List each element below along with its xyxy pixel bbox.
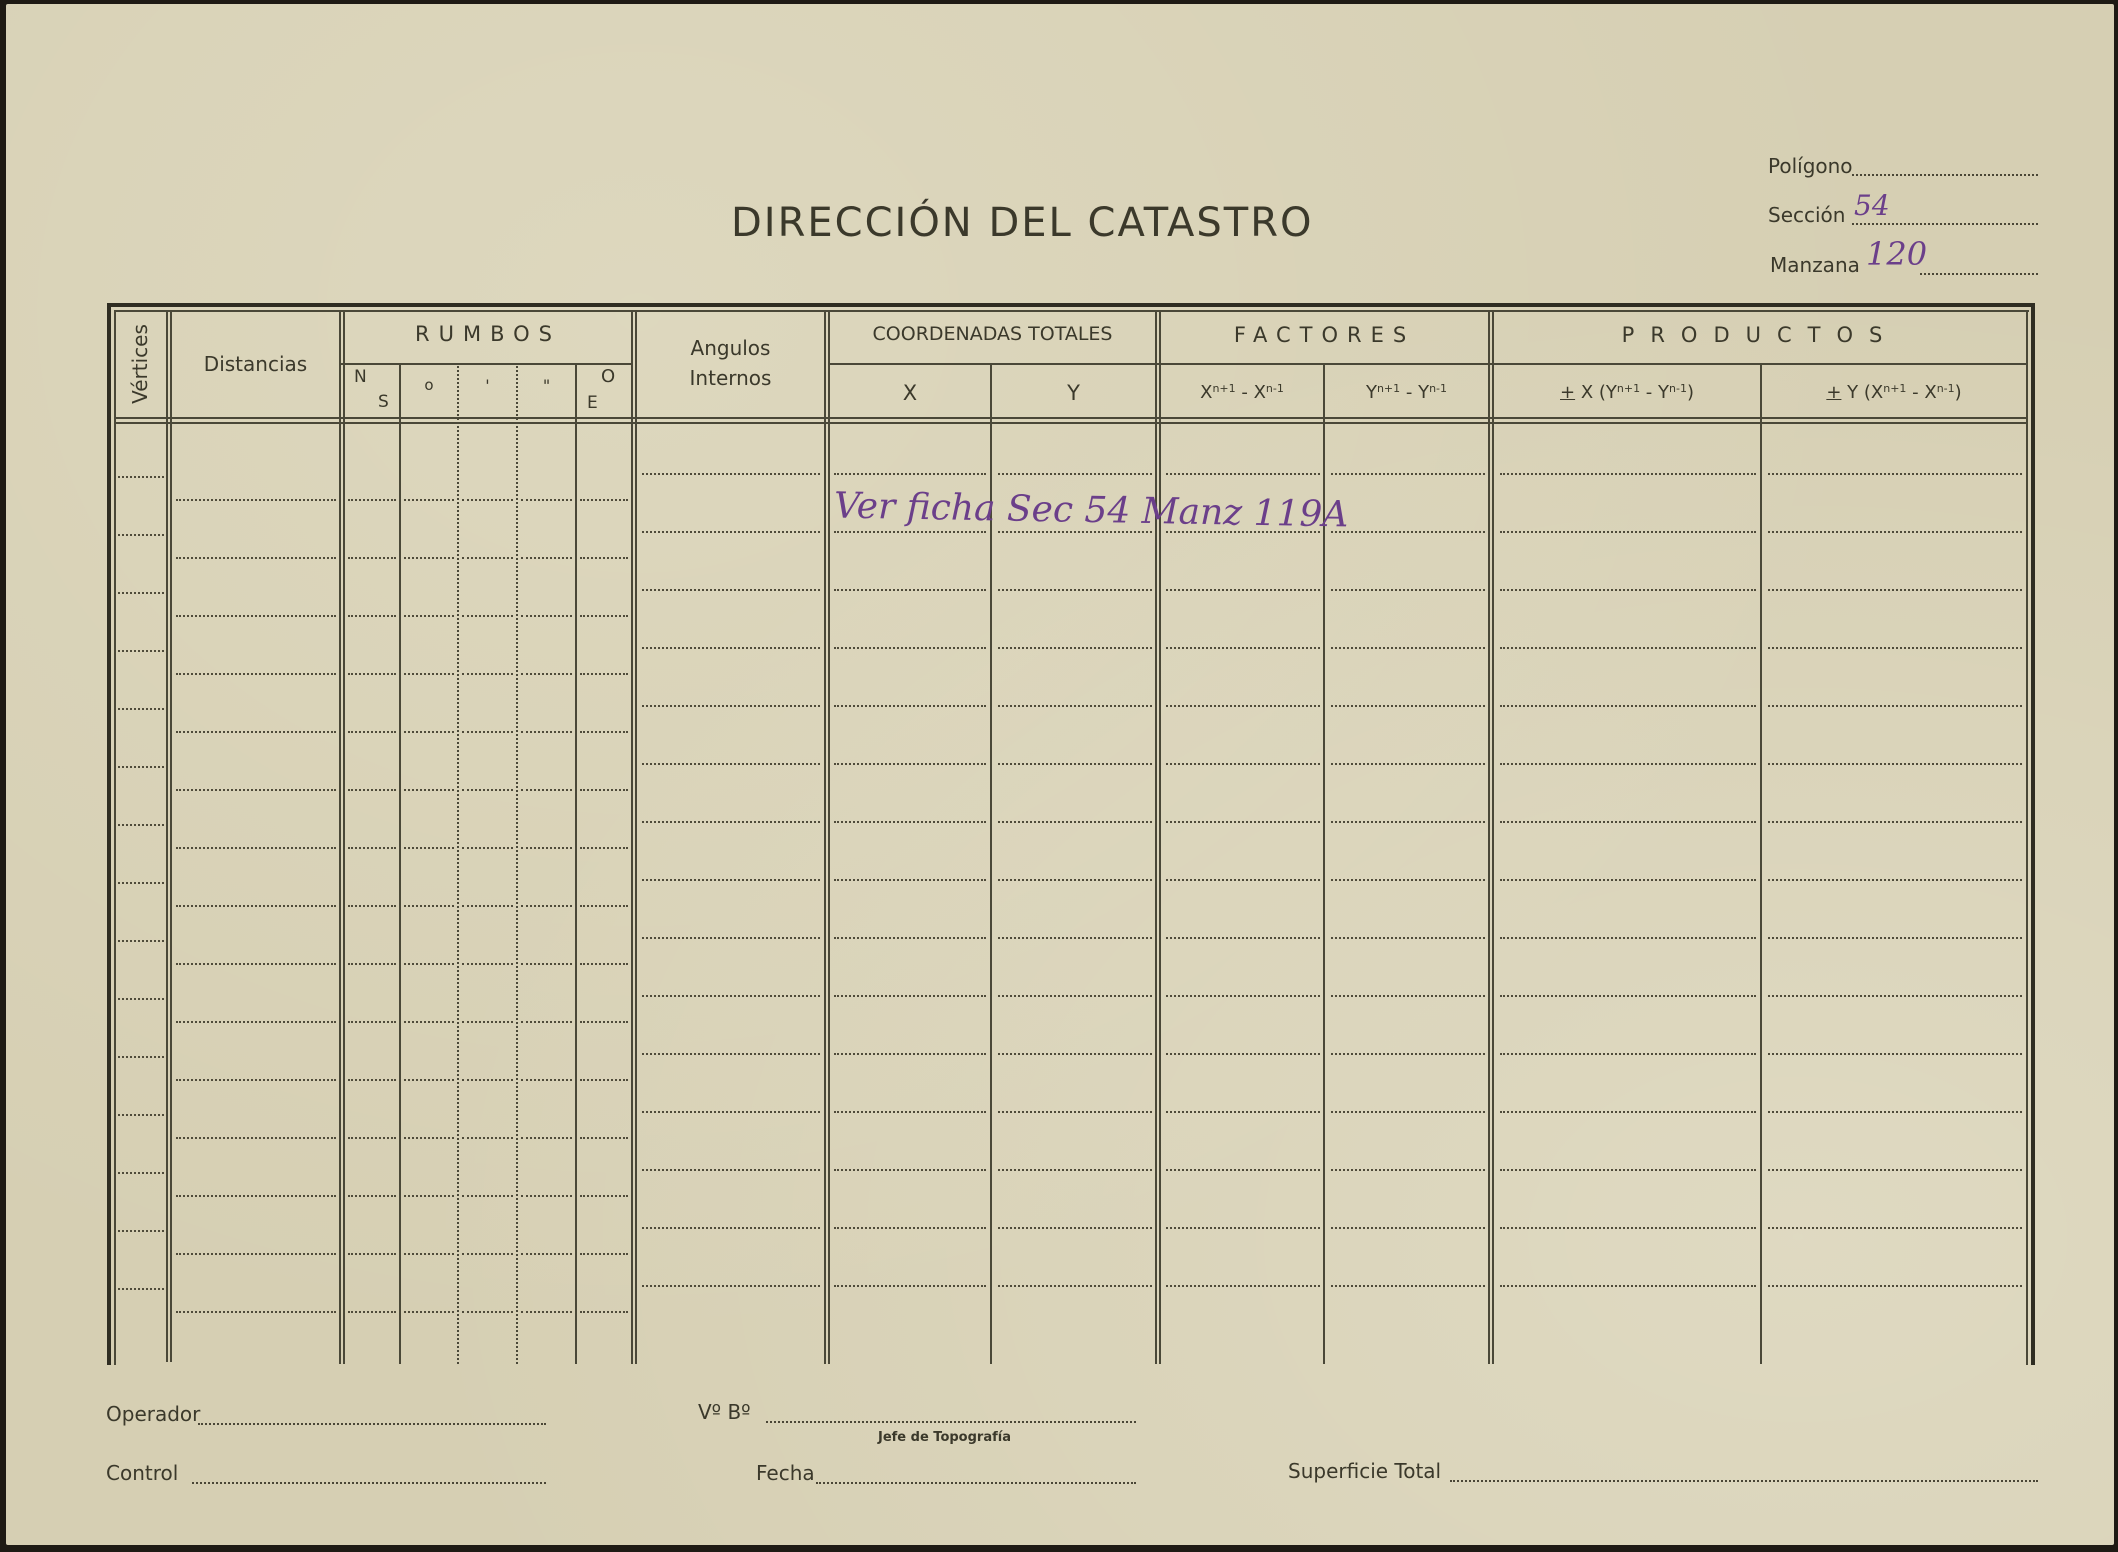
table-border-left [107, 303, 111, 1365]
table-row-line [998, 763, 1152, 765]
table-row-line [404, 1311, 454, 1313]
table-row-line [998, 1227, 1152, 1229]
control-label: Control [106, 1461, 178, 1485]
table-row-line [1166, 1227, 1320, 1229]
table-row-line [1500, 763, 1756, 765]
header-vertices-label: Vértices [128, 324, 152, 404]
table-row-line [998, 1169, 1152, 1171]
superficie-total-label: Superficie Total [1288, 1459, 1441, 1483]
table-row-line [462, 1311, 513, 1313]
table-row-line [521, 499, 572, 501]
poligono-field[interactable]: Polígono [1768, 154, 2038, 178]
table-row-line [834, 937, 986, 939]
table-row-line [521, 963, 572, 965]
table-row-line [642, 1169, 820, 1171]
vobo-field[interactable]: Vº Bº Jefe de Topografía [698, 1400, 1136, 1424]
table-row-line [1768, 1285, 2022, 1287]
table-row-line [580, 1079, 628, 1081]
table-row-line [176, 731, 336, 733]
table-row-line [834, 763, 986, 765]
table-row-line [834, 1053, 986, 1055]
table-row-line [521, 1195, 572, 1197]
table-inner-left [114, 310, 116, 1365]
table-row-line [348, 789, 396, 791]
table-row-line [580, 1137, 628, 1139]
table-row-line [642, 473, 820, 475]
table-row-line [580, 1311, 628, 1313]
header-coord-y: Y [992, 381, 1155, 405]
table-row-line [642, 589, 820, 591]
table-row-line [1768, 705, 2022, 707]
table-row-line [176, 905, 336, 907]
fecha-field[interactable]: Fecha [756, 1461, 1136, 1485]
table-row-line [1768, 821, 2022, 823]
manzana-dotted-line [1920, 273, 2038, 275]
table-row-line [521, 789, 572, 791]
manzana-value: 120 [1866, 235, 1927, 273]
table-row-line [118, 1114, 164, 1116]
table-row-line [1166, 473, 1320, 475]
table-row-line [580, 1021, 628, 1023]
table-row-line [176, 1253, 336, 1255]
table-row-line [1768, 879, 2022, 881]
table-row-line [348, 615, 396, 617]
table-row-line [834, 1285, 986, 1287]
table-row-line [118, 1288, 164, 1290]
table-row-line [998, 589, 1152, 591]
header-rumbos-degrees: o [401, 376, 457, 394]
table-row-line [998, 1053, 1152, 1055]
table-row-line [1166, 995, 1320, 997]
table-row-line [998, 705, 1152, 707]
table-row-line [348, 905, 396, 907]
table-row-line [642, 1227, 820, 1229]
operador-label: Operador [106, 1402, 200, 1426]
col-divider-factores-b [1492, 310, 1494, 1364]
table-row-line [1500, 705, 1756, 707]
header-rumbos-seconds: " [518, 376, 575, 395]
superficie-total-dotted-line [1450, 1480, 2038, 1482]
table-row-line [1331, 1227, 1485, 1229]
table-row-line [462, 963, 513, 965]
table-row-line [1500, 937, 1756, 939]
header-factores: FACTORES [1161, 323, 1488, 347]
table-row-line [118, 534, 164, 536]
table-row-line [580, 847, 628, 849]
table-row-line [834, 1227, 986, 1229]
table-row-line [642, 705, 820, 707]
header-productos: PRODUCTOS [1494, 323, 2026, 347]
seccion-field[interactable]: Sección 54 [1768, 203, 2038, 227]
header-producto-y: + Y (Xn+1 - Xn-1) [1762, 382, 2026, 403]
col-divider-coord-a [1155, 310, 1157, 1364]
table-row-line [642, 937, 820, 939]
table-row-line [998, 937, 1152, 939]
table-inner-right [2026, 310, 2028, 1365]
table-row-line [1331, 1111, 1485, 1113]
table-row-line [998, 879, 1152, 881]
col-divider-factores-a [1488, 310, 1490, 1364]
table-row-line [348, 731, 396, 733]
table-row-line [580, 1195, 628, 1197]
table-row-line [176, 963, 336, 965]
table-row-line [834, 473, 986, 475]
table-row-line [1500, 647, 1756, 649]
table-row-line [176, 499, 336, 501]
table-row-line [118, 998, 164, 1000]
header-coord-x: X [830, 381, 990, 405]
table-row-line [580, 963, 628, 965]
table-row-line [642, 647, 820, 649]
table-row-line [462, 1253, 513, 1255]
table-row-line [1768, 1169, 2022, 1171]
table-row-line [642, 1053, 820, 1055]
table-row-line [834, 705, 986, 707]
table-row-line [580, 615, 628, 617]
manzana-label: Manzana [1770, 253, 1860, 277]
table-row-line [642, 1111, 820, 1113]
table-row-line [1768, 531, 2022, 533]
col-divider-ns [399, 363, 401, 1364]
vobo-label: Vº Bº [698, 1400, 751, 1424]
table-row-line [998, 995, 1152, 997]
header-angulos-1: Angulos [637, 336, 824, 360]
col-divider-vertices-a [166, 310, 168, 1362]
fecha-label: Fecha [756, 1461, 815, 1485]
table-row-line [834, 589, 986, 591]
table-row-line [348, 1021, 396, 1023]
table-row-line [642, 821, 820, 823]
header-angulos-2: Internos [637, 366, 824, 390]
col-divider-angulos-b [828, 310, 830, 1364]
table-row-line [1768, 995, 2022, 997]
table-row-line [642, 531, 820, 533]
table-row-line [1331, 647, 1485, 649]
header-rumbos: RUMBOS [345, 322, 631, 346]
table-row-line [580, 1253, 628, 1255]
table-row-line [404, 731, 454, 733]
table-row-line [580, 789, 628, 791]
table-row-line [462, 731, 513, 733]
table-row-line [404, 963, 454, 965]
table-row-line [1166, 821, 1320, 823]
header-rumbos-s: S [378, 392, 389, 412]
vobo-dotted-line [766, 1421, 1136, 1423]
table-row-line [348, 963, 396, 965]
table-row-line [176, 1079, 336, 1081]
col-divider-sec [575, 363, 577, 1364]
table-row-line [1768, 763, 2022, 765]
table-row-line [462, 1079, 513, 1081]
col-divider-deg [457, 363, 459, 1364]
table-row-line [521, 1079, 572, 1081]
table-row-line [1331, 763, 1485, 765]
header-factor-y: Yn+1 - Yn-1 [1325, 382, 1488, 403]
table-row-line [176, 1021, 336, 1023]
table-row-line [462, 673, 513, 675]
table-row-line [580, 673, 628, 675]
table-row-line [1500, 879, 1756, 881]
table-row-line [521, 615, 572, 617]
table-row-line [642, 879, 820, 881]
header-producto-x: + X (Yn+1 - Yn-1) [1494, 382, 1760, 403]
table-row-line [521, 731, 572, 733]
table-row-line [176, 1311, 336, 1313]
handwritten-note: Ver ficha Sec 54 Manz 119A [834, 486, 1349, 536]
col-divider-angulos-a [824, 310, 826, 1364]
groups-subline [828, 363, 2026, 365]
table-row-line [1500, 821, 1756, 823]
table-row-line [834, 879, 986, 881]
table-row-line [118, 476, 164, 478]
table-row-line [118, 882, 164, 884]
table-row-line [1500, 473, 1756, 475]
table-border-right [2031, 303, 2035, 1365]
table-row-line [998, 1111, 1152, 1113]
table-row-line [404, 1137, 454, 1139]
table-row-line [998, 1285, 1152, 1287]
seccion-dotted-line [1852, 223, 2038, 225]
header-distancias: Distancias [172, 352, 339, 376]
table-row-line [404, 557, 454, 559]
table-row-line [521, 557, 572, 559]
table-row-line [118, 766, 164, 768]
table-row-line [176, 615, 336, 617]
table-row-line [462, 1137, 513, 1139]
table-row-line [1166, 647, 1320, 649]
table-row-line [580, 499, 628, 501]
table-row-line [404, 789, 454, 791]
table-row-line [118, 1230, 164, 1232]
table-row-line [404, 673, 454, 675]
table-row-line [642, 763, 820, 765]
vobo-sublabel: Jefe de Topografía [878, 1430, 1011, 1445]
table-row-line [404, 1195, 454, 1197]
table-row-line [404, 847, 454, 849]
header-rumbos-n: N [354, 367, 367, 387]
col-divider-min [516, 363, 518, 1364]
table-row-line [404, 615, 454, 617]
table-row-line [521, 1021, 572, 1023]
table-row-line [1768, 1111, 2022, 1113]
table-row-line [1500, 1169, 1756, 1171]
col-divider-vertices-b [170, 310, 172, 1362]
seccion-label: Sección [1768, 203, 1845, 227]
table-row-line [1331, 1053, 1485, 1055]
table-row-line [1768, 937, 2022, 939]
table-row-line [1166, 1285, 1320, 1287]
table-row-line [118, 940, 164, 942]
table-row-line [348, 499, 396, 501]
table-row-line [521, 905, 572, 907]
fecha-dotted-line [816, 1482, 1136, 1484]
table-row-line [462, 847, 513, 849]
table-row-line [1166, 763, 1320, 765]
table-row-line [1166, 1169, 1320, 1171]
table-row-line [348, 557, 396, 559]
table-row-line [1768, 473, 2022, 475]
col-divider-rumbos-a [631, 310, 633, 1364]
table-row-line [1768, 647, 2022, 649]
table-row-line [1331, 531, 1485, 533]
header-rumbos-minutes: ' [459, 376, 516, 395]
table-row-line [642, 1285, 820, 1287]
table-row-line [348, 1195, 396, 1197]
table-row-line [580, 557, 628, 559]
header-rumbos-o: O [601, 366, 615, 387]
table-row-line [521, 1311, 572, 1313]
cadastre-form-sheet: DIRECCIÓN DEL CATASTRO Polígono Sección … [6, 4, 2114, 1545]
table-row-line [1500, 531, 1756, 533]
table-row-line [642, 995, 820, 997]
table-row-line [348, 1137, 396, 1139]
table-row-line [1500, 1285, 1756, 1287]
manzana-field[interactable]: Manzana 120 [1770, 253, 2038, 277]
table-inner-top [114, 310, 2029, 312]
table-row-line [1331, 1169, 1485, 1171]
table-row-line [1500, 1053, 1756, 1055]
table-row-line [521, 847, 572, 849]
table-row-line [462, 499, 513, 501]
table-row-line [404, 499, 454, 501]
header-factor-x: Xn+1 - Xn-1 [1161, 382, 1323, 403]
table-row-line [1331, 473, 1485, 475]
table-row-line [118, 1056, 164, 1058]
rumbos-subline [341, 363, 633, 365]
table-row-line [404, 1021, 454, 1023]
table-row-line [1331, 821, 1485, 823]
table-row-line [580, 905, 628, 907]
seccion-value: 54 [1854, 189, 1890, 222]
table-row-line [348, 1311, 396, 1313]
table-row-line [1768, 1227, 2022, 1229]
table-row-line [1500, 589, 1756, 591]
table-row-line [521, 1137, 572, 1139]
table-row-line [404, 905, 454, 907]
table-row-line [176, 557, 336, 559]
table-row-line [118, 708, 164, 710]
col-divider-producto [1760, 363, 1762, 1364]
table-row-line [118, 650, 164, 652]
table-row-line [118, 824, 164, 826]
table-row-line [1500, 1111, 1756, 1113]
col-divider-coord-b [1159, 310, 1161, 1364]
table-row-line [1331, 589, 1485, 591]
table-row-line [462, 1195, 513, 1197]
table-row-line [1166, 937, 1320, 939]
table-row-line [998, 647, 1152, 649]
table-row-line [176, 673, 336, 675]
table-row-line [1331, 937, 1485, 939]
table-row-line [348, 1253, 396, 1255]
table-row-line [348, 847, 396, 849]
table-row-line [404, 1253, 454, 1255]
table-row-line [1500, 1227, 1756, 1229]
table-row-line [1331, 879, 1485, 881]
superficie-total-field[interactable]: Superficie Total [1288, 1459, 2038, 1483]
table-row-line [348, 1079, 396, 1081]
col-divider-distancias-b [343, 310, 345, 1364]
table-row-line [1166, 879, 1320, 881]
table-row-line [404, 1079, 454, 1081]
table-row-line [521, 1253, 572, 1255]
table-row-line [521, 673, 572, 675]
table-row-line [462, 1021, 513, 1023]
table-row-line [462, 615, 513, 617]
table-row-line [580, 731, 628, 733]
table-row-line [176, 789, 336, 791]
operador-dotted-line [198, 1423, 546, 1425]
table-row-line [1331, 705, 1485, 707]
table-row-line [998, 473, 1152, 475]
table-row-line [462, 557, 513, 559]
table-row-line [462, 789, 513, 791]
page-title: DIRECCIÓN DEL CATASTRO [731, 200, 1314, 246]
poligono-dotted-line [1852, 174, 2038, 176]
table-row-line [176, 1195, 336, 1197]
header-coordenadas: COORDENADAS TOTALES [830, 323, 1155, 345]
table-row-line [118, 1172, 164, 1174]
header-rumbos-e: E [587, 393, 598, 413]
table-row-line [176, 1137, 336, 1139]
table-row-line [1331, 1285, 1485, 1287]
table-row-line [834, 647, 986, 649]
operador-field[interactable]: Operador [106, 1402, 546, 1426]
table-row-line [834, 1111, 986, 1113]
table-row-line [118, 592, 164, 594]
header-vertices: Vértices [114, 310, 166, 417]
table-row-line [834, 995, 986, 997]
table-row-line [176, 847, 336, 849]
table-border-top [107, 303, 2035, 307]
table-row-line [834, 1169, 986, 1171]
table-row-line [834, 531, 986, 533]
table-row-line [348, 673, 396, 675]
table-row-line [1768, 589, 2022, 591]
table-row-line [1166, 1053, 1320, 1055]
table-row-line [1331, 995, 1485, 997]
table-row-line [1166, 589, 1320, 591]
control-field[interactable]: Control [106, 1461, 546, 1485]
table-row-line [998, 821, 1152, 823]
poligono-label: Polígono [1768, 154, 1853, 178]
table-row-line [1166, 1111, 1320, 1113]
control-dotted-line [192, 1482, 546, 1484]
col-divider-distancias-a [339, 310, 341, 1364]
col-divider-rumbos-b [635, 310, 637, 1364]
table-row-line [462, 905, 513, 907]
table-row-line [1500, 995, 1756, 997]
table-row-line [1768, 1053, 2022, 1055]
table-row-line [1166, 705, 1320, 707]
table-row-line [834, 821, 986, 823]
